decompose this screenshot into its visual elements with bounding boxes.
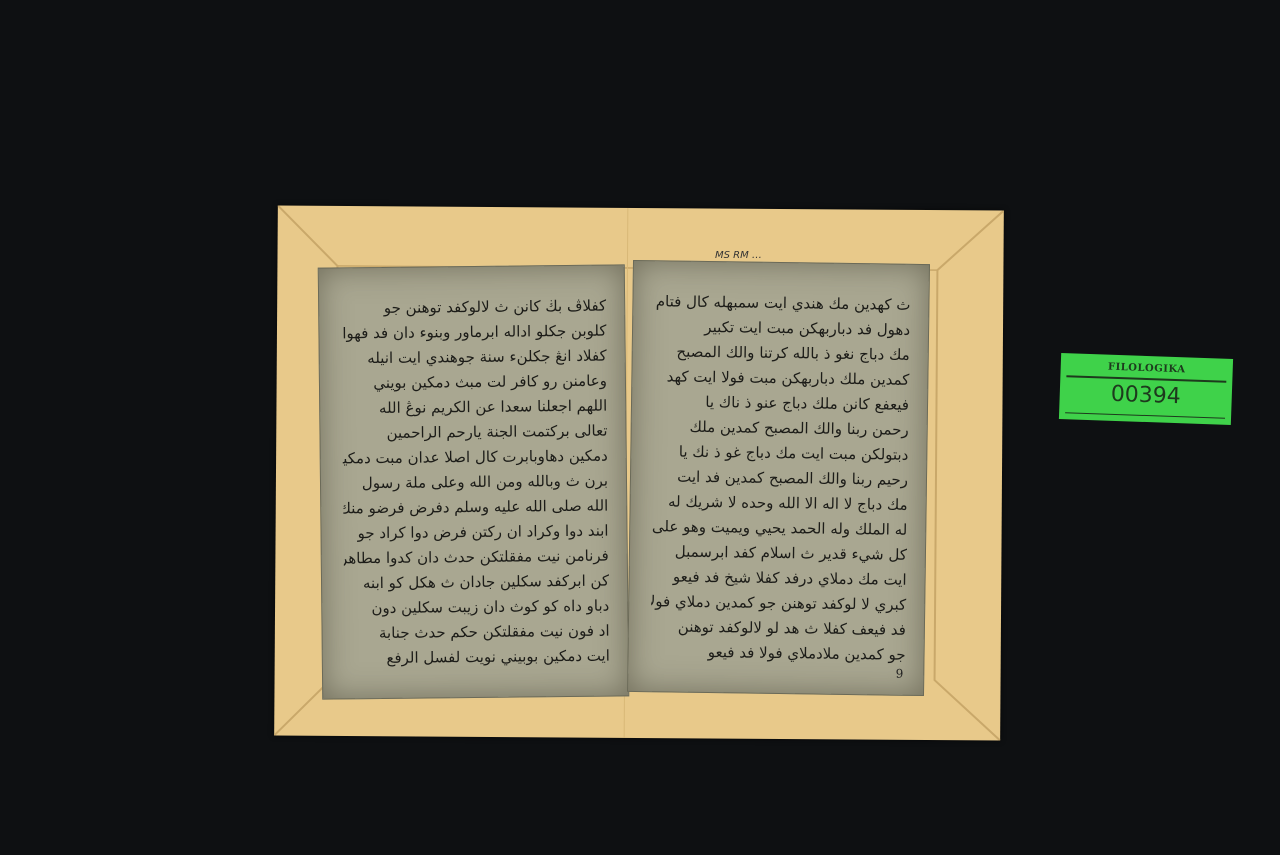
- text-line: دهول فد دباربهكن مبت ايت تكبير: [655, 314, 910, 343]
- text-line: رحمن ربنا والك المصبح كمدين ملك: [654, 414, 909, 443]
- text-line: اد فون نيت مفقلتكن حكم حدث جنابة: [344, 619, 609, 647]
- text-line: كن ابركفد سكلين جادان ث هكل كو ابنه: [344, 569, 609, 597]
- text-line: اللهم اجعلنا سعدا عن الكريم نوڠ الله: [342, 394, 607, 422]
- right-page-text: ث كهدين مك هندي ايت سمبهله كال فتام دهول…: [650, 289, 910, 668]
- text-line: ايت مك دملاي درفد كفلا شيخ فد فيعو: [651, 564, 906, 593]
- text-line: مك دباج لا اله الا الله وحده لا شريك له: [652, 489, 907, 518]
- text-line: فد فيعف كفلا ث هد لو لالوكفد توهنن: [651, 614, 906, 643]
- text-line: دباو داه كو كوث دان زيبت سكلين دون: [344, 594, 609, 622]
- text-line: له الملك وله الحمد يحيي ويميت وهو على: [652, 514, 907, 543]
- text-line: برن ث وبالله ومن الله وعلى ملة رسول: [343, 469, 608, 497]
- text-line: كفلاد انڠ جكلنء سنة جوهندي ايت انيله: [342, 344, 607, 372]
- text-line: فرنامن نيت مفقلتكن حدث دان كدوا مطاهر: [344, 544, 609, 572]
- text-line: ابند دوا وكراد ان ركتن فرض دوا كراد جو: [343, 519, 608, 547]
- label-divider-bottom: [1065, 412, 1225, 419]
- text-line: كمدين ملك دباربهكن مبت فولا ايت كهد: [654, 364, 909, 393]
- filologika-label: FILOLOGIKA 00394: [1059, 353, 1233, 425]
- page-number: 9: [896, 667, 904, 681]
- left-page-text: كفلاڤ بڬ كانن ث لالوكفد توهنن جو كلوبن ج…: [341, 294, 610, 672]
- text-line: كبري لا لوكفد توهنن جو كمدين دملاي فولا: [651, 589, 906, 618]
- text-line: فيعفع كانن ملك دباج عنو ذ ناك يا: [654, 389, 909, 418]
- text-line: كلوبن جكلو اداله ابرماور وبنوء دان فد فه…: [341, 319, 606, 347]
- text-line: مك دباج نغو ذ بالله كرتنا والك المصبح: [655, 339, 910, 368]
- manuscript: كفلاڤ بڬ كانن ث لالوكفد توهنن جو كلوبن ج…: [320, 262, 940, 732]
- text-line: كل شيء قدير ث اسلام كفد ابرسمبل: [652, 539, 907, 568]
- shelfmark: MS RM …: [715, 250, 762, 261]
- text-line: دبتولكن مبت ايت مك دباج غو ذ نك يا: [653, 439, 908, 468]
- text-line: كفلاڤ بڬ كانن ث لالوكفد توهنن جو: [341, 294, 606, 322]
- text-line: الله صلى الله عليه وسلم دفرض فرضو منك: [343, 494, 608, 522]
- label-brand: FILOLOGIKA: [1061, 360, 1233, 377]
- text-line: وعامنن رو كافر لت مبث دمكين بويني: [342, 369, 607, 397]
- left-page: كفلاڤ بڬ كانن ث لالوكفد توهنن جو كلوبن ج…: [318, 264, 630, 699]
- text-line: ث كهدين مك هندي ايت سمبهله كال فتام: [655, 289, 910, 318]
- right-page: ث كهدين مك هندي ايت سمبهله كال فتام دهول…: [627, 260, 930, 696]
- text-line: دمكين دهاوبابرت كال اصلا عدان مبت دمكين …: [343, 444, 608, 472]
- text-line: تعالى بركتمت الجنة يارحم الراحمين: [342, 419, 607, 447]
- text-line: ايت دمكين بوبيني نويت لفسل الرفع: [345, 644, 610, 672]
- text-line: رحيم ربنا والك المصبح كمدين فد ايت: [653, 464, 908, 493]
- label-number: 00394: [1059, 380, 1232, 411]
- text-line: جو كمدين ملادملاي فولا فد فيعو: [650, 639, 905, 668]
